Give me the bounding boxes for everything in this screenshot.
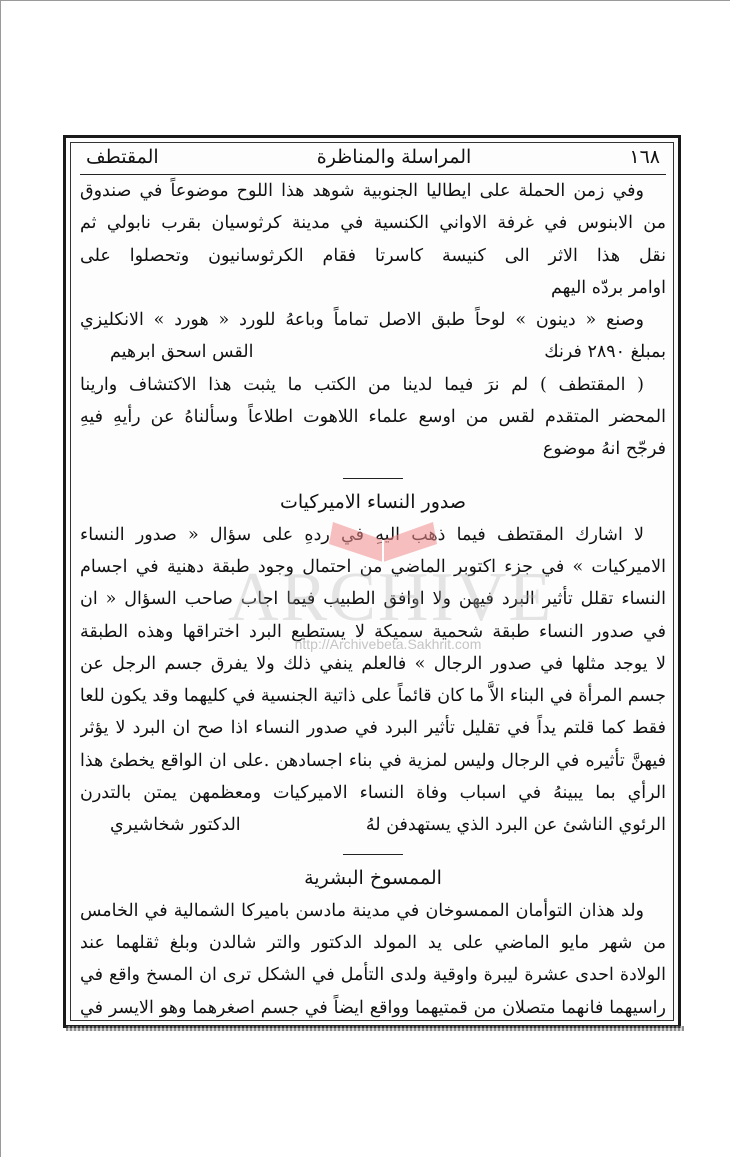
text-line: الولادة احدى عشرة ليبرة واوقية ولدى التأ… bbox=[80, 959, 666, 991]
text-line: لا اشارك المقتطف فيما ذهب اليهِ في ردهِ … bbox=[80, 519, 666, 551]
page-number: ١٦٨ bbox=[629, 146, 660, 168]
article-title: الممسوخ البشرية bbox=[80, 861, 666, 895]
page-content: ١٦٨ المراسلة والمناظرة المقتطف وفي زمن ا… bbox=[80, 140, 666, 1024]
section-divider bbox=[343, 854, 403, 855]
text-line: جسم المرأة في البناء الاَّ ما كان قائماً… bbox=[80, 680, 666, 712]
section-divider bbox=[343, 478, 403, 479]
text-line: فقط كما قلتم يداً في تقليل تأثير البرد ف… bbox=[80, 712, 666, 744]
text-line: ولد هذان التوأمان الممسوخان في مدينة ماد… bbox=[80, 895, 666, 927]
article-american-women: صدور النساء الاميركيات لا اشارك المقتطف … bbox=[80, 485, 666, 842]
text-line: راسيهما فانهما متصلان من قمتيهما وواقع ا… bbox=[80, 992, 666, 1024]
text-line: في صدور النساء طبقة شحمية سميكة لا يستطي… bbox=[80, 616, 666, 648]
text-line: نقل هذا الاثر الى كنيسة كاسرتا فقام الكر… bbox=[80, 240, 666, 272]
text-line-end: الرئوي الناشئ عن البرد الذي يستهدفن لهُ bbox=[366, 809, 666, 841]
text-line: وفي زمن الحملة على ايطاليا الجنوبية شوهد… bbox=[80, 175, 666, 207]
author-signature: الدكتور شخاشيري bbox=[80, 809, 241, 841]
text-line: الاميركيات » في جزء اكتوبر الماضي من احت… bbox=[80, 551, 666, 583]
text-line: وصنع « دينون » لوحاً طبق الاصل تماماً وب… bbox=[80, 304, 666, 336]
journal-name: المقتطف bbox=[86, 146, 159, 168]
article-tablet-letter: وفي زمن الحملة على ايطاليا الجنوبية شوهد… bbox=[80, 175, 666, 369]
article-conjoined-twins: الممسوخ البشرية ولد هذان التوأمان الممسو… bbox=[80, 861, 666, 1024]
text-line: فيهنَّ تأثيره في الرجال وليس لمزية في بن… bbox=[80, 745, 666, 777]
text-line: النساء تقلل تأثير البرد فيهن ولا اوافق ا… bbox=[80, 583, 666, 615]
price-text: بمبلغ ٢٨٩٠ فرنك bbox=[544, 336, 666, 368]
price-signature-line: بمبلغ ٢٨٩٠ فرنك القس اسحق ابرهيم bbox=[80, 336, 666, 368]
text-line: من شهر مايو الماضي على يد المولد الدكتور… bbox=[80, 927, 666, 959]
editor-note: ( المقتطف ) لم نرَ فيما لدينا من الكتب م… bbox=[80, 369, 666, 466]
running-header: ١٦٨ المراسلة والمناظرة المقتطف bbox=[80, 140, 666, 175]
text-line: لا يوجد مثلها في صدور الرجال » فالعلم ين… bbox=[80, 648, 666, 680]
text-line: من الابنوس في غرفة الاواني الكنسية في مد… bbox=[80, 207, 666, 239]
closing-signature-line: الرئوي الناشئ عن البرد الذي يستهدفن لهُ … bbox=[80, 809, 666, 841]
text-line: فرجّح انهُ موضوع bbox=[80, 433, 666, 465]
text-line: الرأي بما يبينهُ في اسباب وفاة النساء ال… bbox=[80, 777, 666, 809]
text-line: المحضر المتقدم لقس من اوسع علماء اللاهوت… bbox=[80, 401, 666, 433]
article-title: صدور النساء الاميركيات bbox=[80, 485, 666, 519]
author-signature: القس اسحق ابرهيم bbox=[80, 336, 253, 368]
text-line: ( المقتطف ) لم نرَ فيما لدينا من الكتب م… bbox=[80, 369, 666, 401]
section-title: المراسلة والمناظرة bbox=[317, 146, 472, 168]
text-line: اوامر بردّه اليهم bbox=[80, 272, 666, 304]
frame-shadow bbox=[66, 1026, 684, 1031]
